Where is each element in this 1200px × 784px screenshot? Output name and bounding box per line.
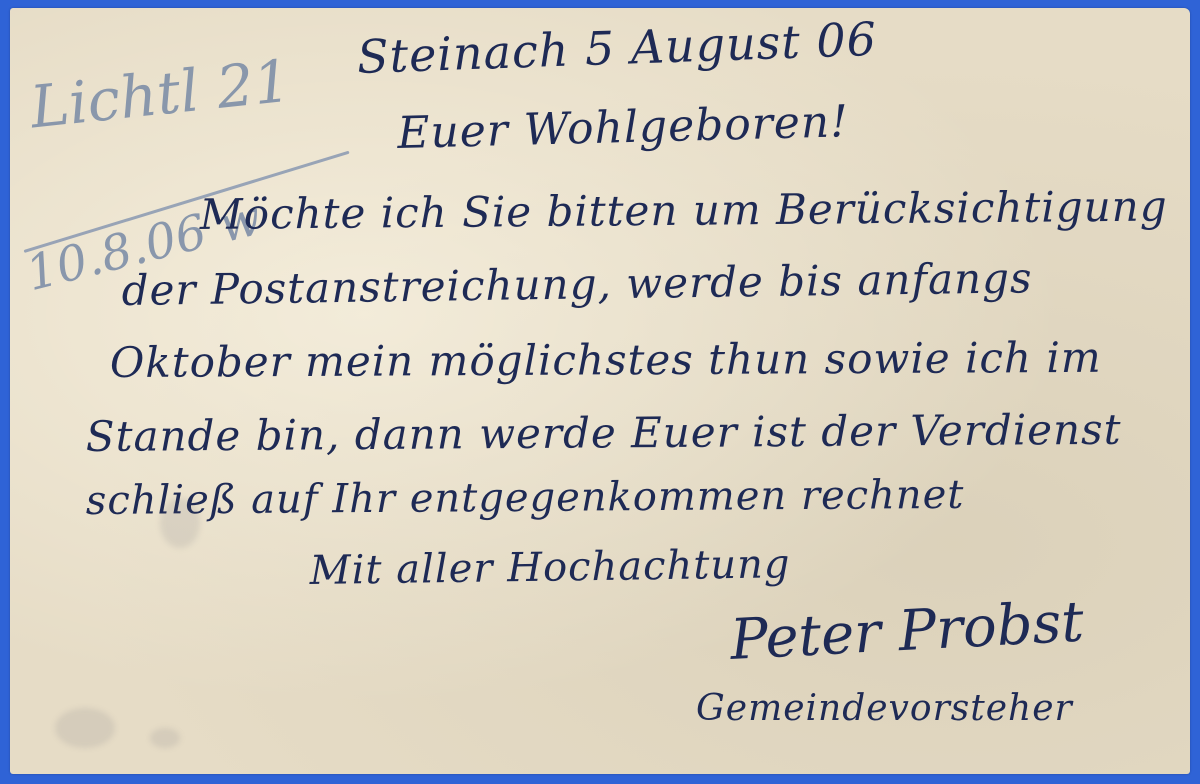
smudge (55, 708, 115, 748)
body-line: Stande bin, dann werde Euer ist der Verd… (86, 405, 1122, 461)
signature: Peter Probst (729, 590, 1086, 673)
smudge (160, 498, 200, 548)
dateline: Steinach 5 August 06 (356, 12, 878, 84)
postcard: Lichtl 21 10.8.06 w Steinach 5 August 06… (10, 8, 1190, 774)
pencil-note-top-left: Lichtl 21 (27, 47, 294, 142)
body-line: Oktober mein möglichstes thun sowie ich … (110, 333, 1102, 387)
smudge (150, 728, 180, 748)
signer-title: Gemeindevorsteher (696, 688, 1073, 729)
body-line: Möchte ich Sie bitten um Berücksichtigun… (200, 182, 1168, 239)
salutation: Euer Wohlgeboren! (397, 96, 850, 159)
body-line: der Postanstreichung, werde bis anfangs (121, 253, 1033, 315)
closing: Mit aller Hochachtung (309, 541, 790, 594)
body-line: schließ auf Ihr entgegenkommen rechnet (86, 472, 965, 524)
